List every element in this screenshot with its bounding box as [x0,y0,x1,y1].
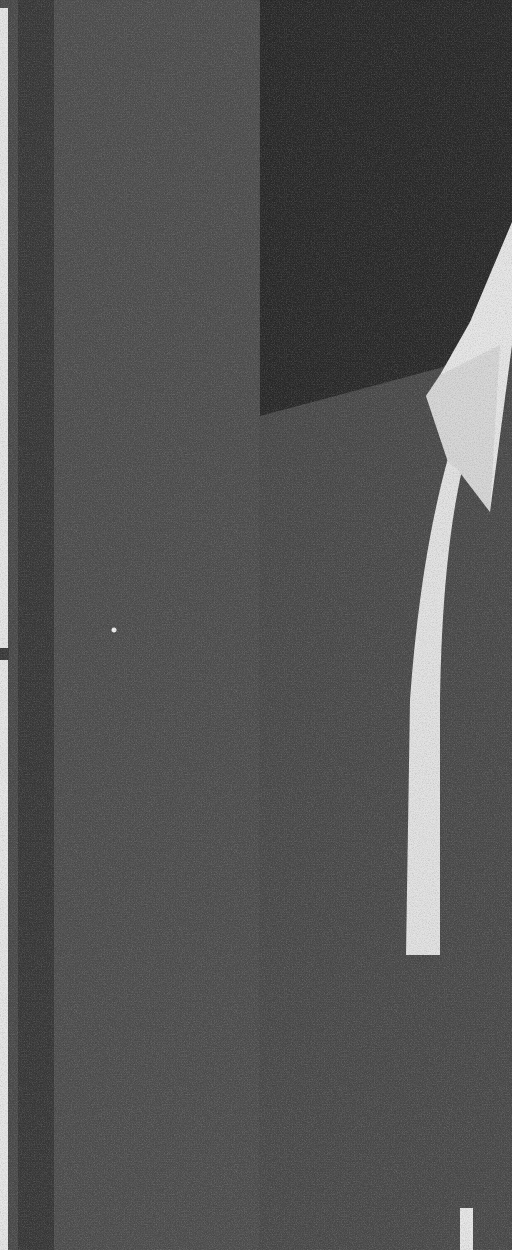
road-scene [0,0,512,1250]
grain-dark [0,0,512,1250]
